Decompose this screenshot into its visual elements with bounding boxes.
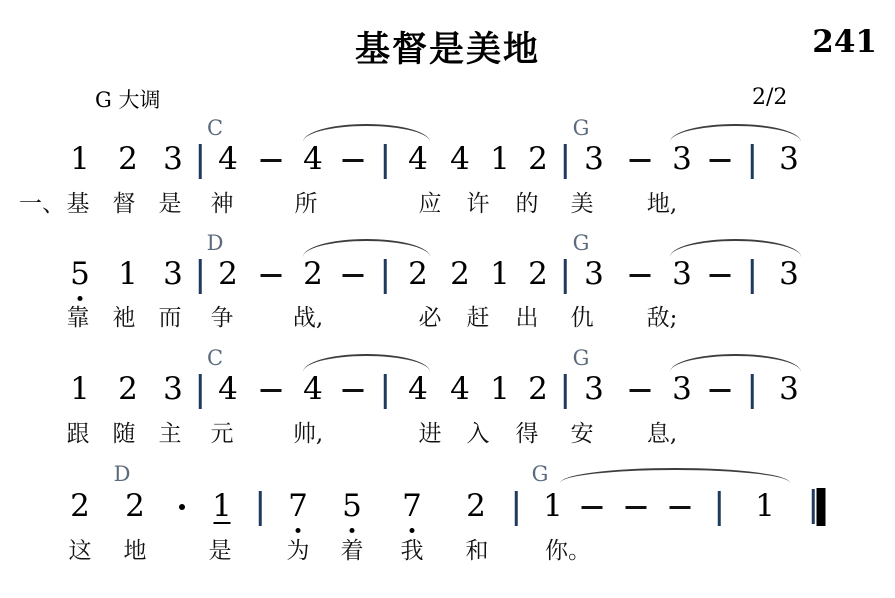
- note: 1: [70, 142, 90, 176]
- lyric-syllable: 着: [341, 537, 364, 565]
- low-octave-dot: [296, 528, 301, 533]
- note: 1: [490, 142, 510, 176]
- lyric-syllable: 出: [516, 304, 539, 332]
- tie-slur: [303, 354, 430, 372]
- lyric-syllable: 祂: [113, 304, 136, 332]
- lyric-syllable: 安: [571, 420, 594, 448]
- lyric-syllable: 帅,: [293, 420, 323, 448]
- duration-dash: [710, 274, 731, 277]
- lyric-syllable: 息,: [647, 420, 677, 448]
- lyric-syllable: 靠: [67, 304, 90, 332]
- final-barline-thick: [817, 488, 826, 526]
- duration-dash: [343, 274, 364, 277]
- lyric-syllable: 敌;: [647, 304, 678, 332]
- lyric-syllable: 战,: [293, 304, 323, 332]
- lyric-syllable: 许: [467, 190, 490, 218]
- note: 5: [342, 489, 362, 523]
- note: 2: [218, 257, 238, 291]
- barline: [718, 491, 721, 526]
- duration-dash: [582, 506, 603, 509]
- chord-label: G: [573, 231, 590, 255]
- lyric-syllable: 入: [467, 420, 490, 448]
- barline: [751, 259, 754, 294]
- hymn-sheet-page: 基督是美地 241 G 大调 2/2 1234C444123G33一、基督是神所…: [0, 0, 895, 598]
- lyric-syllable: 必: [419, 304, 442, 332]
- final-barline-thin: [812, 489, 815, 524]
- note: 7: [288, 489, 308, 523]
- note: 4: [408, 372, 428, 406]
- note: 2: [466, 489, 486, 523]
- barline: [199, 259, 202, 294]
- lyric-syllable: 元: [211, 420, 234, 448]
- note: 2: [118, 142, 138, 176]
- chord-label: D: [114, 462, 131, 486]
- lyric-syllable: 这: [69, 537, 92, 565]
- duration-dash: [710, 159, 731, 162]
- chord-label: G: [532, 462, 549, 486]
- note: 4: [218, 142, 238, 176]
- note: 2: [125, 489, 145, 523]
- note: 3: [779, 372, 799, 406]
- note: 1: [755, 489, 775, 523]
- note: 3: [163, 372, 183, 406]
- note: 4: [408, 142, 428, 176]
- note: 7: [402, 489, 422, 523]
- lyric-syllable: 地,: [647, 190, 677, 218]
- barline: [515, 491, 518, 526]
- lyric-syllable: 一、: [19, 190, 65, 218]
- duration-dash: [261, 274, 282, 277]
- note: 1: [212, 489, 232, 523]
- lyric-syllable: 所: [295, 190, 318, 218]
- barline: [751, 374, 754, 409]
- lyric-syllable: 应: [419, 190, 442, 218]
- tie-slur: [303, 239, 430, 257]
- duration-dash: [261, 159, 282, 162]
- chord-label: D: [207, 231, 224, 255]
- lyric-syllable: 地: [124, 537, 147, 565]
- lyric-syllable: 我: [401, 537, 424, 565]
- note: 2: [528, 257, 548, 291]
- lyric-syllable: 跟: [67, 420, 90, 448]
- note: 3: [163, 257, 183, 291]
- barline: [564, 259, 567, 294]
- lyric-syllable: 进: [419, 420, 442, 448]
- barline: [384, 374, 387, 409]
- low-octave-dot: [78, 296, 83, 301]
- lyric-syllable: 随: [113, 420, 136, 448]
- lyric-syllable: 争: [211, 304, 234, 332]
- barline: [384, 144, 387, 179]
- chord-label: C: [207, 346, 223, 370]
- note: 3: [672, 372, 692, 406]
- note: 2: [528, 142, 548, 176]
- note: 4: [303, 372, 323, 406]
- duration-dash: [630, 159, 651, 162]
- note: 3: [779, 257, 799, 291]
- note: 3: [584, 257, 604, 291]
- lyric-syllable: 主: [159, 420, 182, 448]
- note: 1: [118, 257, 138, 291]
- chord-label: C: [207, 116, 223, 140]
- note: 1: [490, 257, 510, 291]
- note: 3: [584, 372, 604, 406]
- barline: [384, 259, 387, 294]
- note: 4: [450, 142, 470, 176]
- note: 3: [584, 142, 604, 176]
- tie-slur: [670, 124, 801, 142]
- note: 2: [408, 257, 428, 291]
- lyric-syllable: 是: [159, 190, 182, 218]
- lyric-syllable: 你。: [545, 537, 591, 565]
- tie-slur: [303, 124, 430, 142]
- eighth-note-underline: [214, 522, 231, 524]
- low-octave-dot: [350, 528, 355, 533]
- lyric-syllable: 和: [466, 537, 489, 565]
- key-signature: G 大调: [95, 84, 160, 114]
- note: 2: [450, 257, 470, 291]
- duration-dash: [630, 389, 651, 392]
- tie-slur: [670, 354, 801, 372]
- tie-slur: [560, 468, 790, 483]
- note: 1: [490, 372, 510, 406]
- duration-dash: [630, 274, 651, 277]
- lyric-syllable: 得: [516, 420, 539, 448]
- augmentation-dot: [179, 504, 185, 510]
- note: 4: [450, 372, 470, 406]
- lyric-syllable: 仇: [571, 304, 594, 332]
- page-title: 基督是美地: [0, 22, 895, 72]
- lyric-syllable: 督: [113, 190, 136, 218]
- note: 1: [543, 489, 563, 523]
- note: 2: [528, 372, 548, 406]
- duration-dash: [343, 159, 364, 162]
- note: 2: [118, 372, 138, 406]
- chord-label: G: [573, 116, 590, 140]
- note: 3: [672, 142, 692, 176]
- lyric-syllable: 是: [209, 537, 232, 565]
- duration-dash: [261, 389, 282, 392]
- duration-dash: [670, 506, 691, 509]
- note: 5: [70, 257, 90, 291]
- note: 2: [303, 257, 323, 291]
- duration-dash: [626, 506, 647, 509]
- barline: [199, 144, 202, 179]
- tie-slur: [670, 239, 801, 257]
- barline: [259, 491, 262, 526]
- time-signature: 2/2: [752, 85, 787, 110]
- barline: [564, 144, 567, 179]
- lyric-syllable: 基: [67, 190, 90, 218]
- lyric-syllable: 而: [159, 304, 182, 332]
- note: 4: [303, 142, 323, 176]
- duration-dash: [710, 389, 731, 392]
- lyric-syllable: 美: [571, 190, 594, 218]
- chord-label: G: [573, 346, 590, 370]
- hymn-number: 241: [812, 24, 877, 60]
- note: 4: [218, 372, 238, 406]
- barline: [199, 374, 202, 409]
- low-octave-dot: [410, 528, 415, 533]
- note: 3: [672, 257, 692, 291]
- lyric-syllable: 赶: [467, 304, 490, 332]
- note: 3: [163, 142, 183, 176]
- lyric-syllable: 的: [516, 190, 539, 218]
- note: 3: [779, 142, 799, 176]
- note: 1: [70, 372, 90, 406]
- barline: [751, 144, 754, 179]
- barline: [564, 374, 567, 409]
- note: 2: [70, 489, 90, 523]
- lyric-syllable: 为: [287, 537, 310, 565]
- duration-dash: [343, 389, 364, 392]
- lyric-syllable: 神: [211, 190, 234, 218]
